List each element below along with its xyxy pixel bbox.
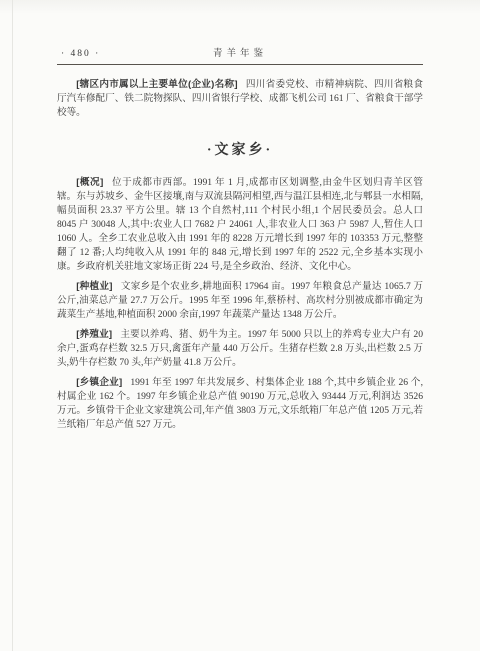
- intro-paragraph: [辖区内市属以上主要单位(企业)名称]四川省委党校、市精神病院、四川省粮食厅汽车…: [57, 78, 423, 120]
- scanned-page: · 480 · 青羊年鉴 [辖区内市属以上主要单位(企业)名称]四川省委党校、市…: [0, 0, 480, 651]
- section-title: ·文家乡·: [57, 139, 423, 159]
- paragraph-overview-text: 位于成都市西部。1991 年 1 月,成都市区划调整,由金牛区划归青羊区管辖。东…: [57, 177, 423, 272]
- paragraph-breeding-label: [养殖业]: [76, 329, 112, 340]
- page-header: · 480 · 青羊年鉴: [57, 45, 423, 65]
- paragraph-township-enterprises-label: [乡镇企业]: [76, 377, 122, 388]
- intro-paragraph-label: [辖区内市属以上主要单位(企业)名称]: [76, 79, 237, 90]
- scan-edge-artifact: [12, 0, 13, 651]
- paragraph-overview-label: [概况]: [76, 177, 103, 188]
- paragraph-planting-label: [种植业]: [76, 281, 112, 292]
- page-number: · 480 ·: [61, 49, 100, 59]
- paragraph-breeding: [养殖业]主要以养鸡、猪、奶牛为主。1997 年 5000 只以上的养鸡专业大户…: [57, 328, 423, 370]
- paragraph-overview: [概况]位于成都市西部。1991 年 1 月,成都市区划调整,由金牛区划归青羊区…: [57, 176, 423, 274]
- paragraph-township-enterprises: [乡镇企业]1991 年至 1997 年共发展乡、村集体企业 188 个,其中乡…: [57, 376, 423, 432]
- book-title: 青羊年鉴: [213, 45, 267, 59]
- page-content: · 480 · 青羊年鉴 [辖区内市属以上主要单位(企业)名称]四川省委党校、市…: [57, 0, 423, 438]
- paragraph-planting: [种植业]文家乡是个农业乡,耕地面积 17964 亩。1997 年粮食总产量达 …: [57, 280, 423, 322]
